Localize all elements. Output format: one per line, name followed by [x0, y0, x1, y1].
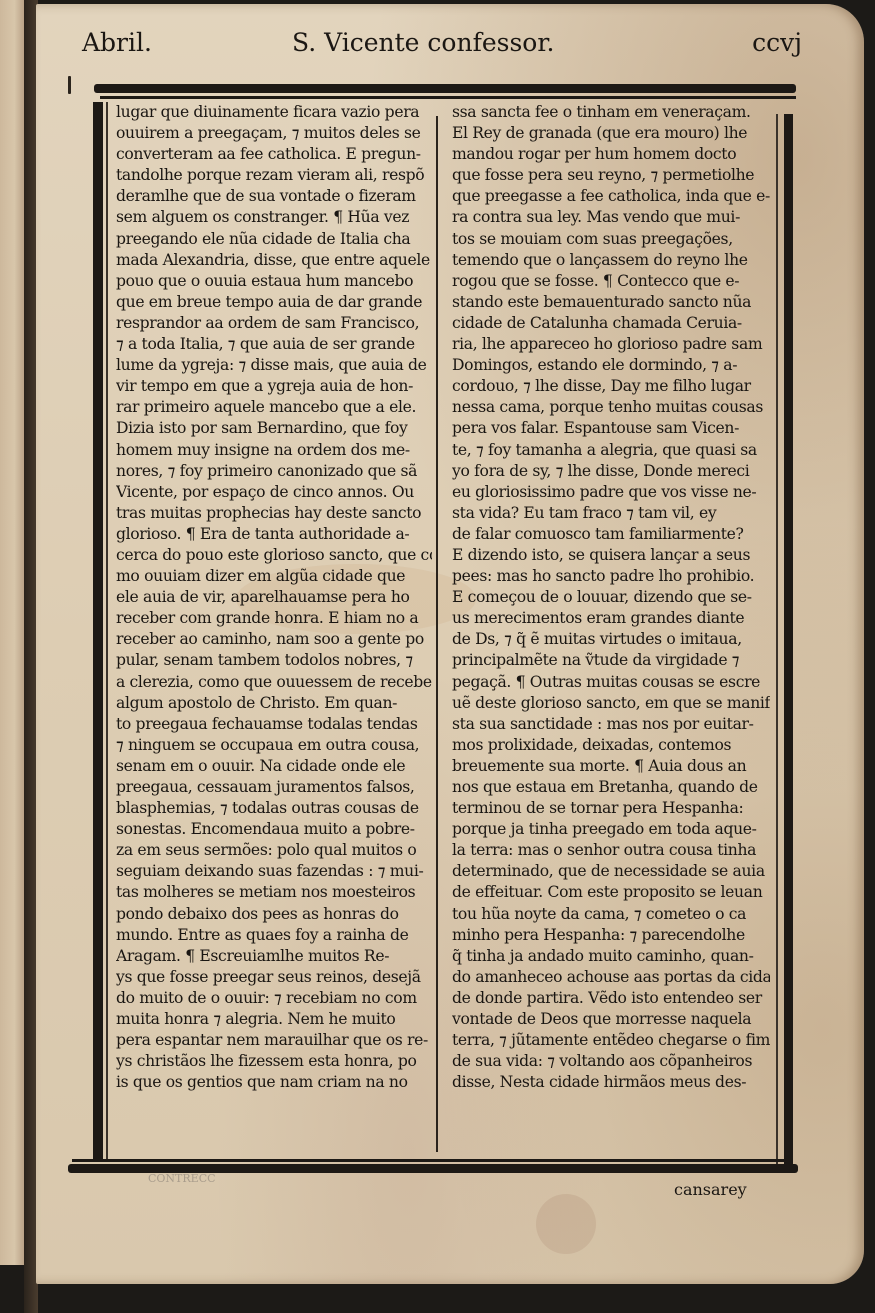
paper-stain: [536, 1194, 596, 1254]
text-line: vir tempo em que a ygreja auia de hon-: [116, 376, 432, 397]
marginal-mark: [68, 76, 71, 94]
text-line: is que os gentios que nam criam na no: [116, 1072, 432, 1093]
text-line: disse, Nesta cidade hirmãos meus des-: [452, 1072, 770, 1093]
left-border-rule: [93, 102, 103, 1160]
text-line: ssa sancta fee o tinham em veneraçam.: [452, 102, 770, 123]
text-line: rogou que se fosse. ¶ Contecco que e-: [452, 271, 770, 292]
text-line: El Rey de granada (que era mouro) lhe: [452, 123, 770, 144]
text-line: q̃ tinha ja andado muito caminho, quan-: [452, 946, 770, 967]
text-line: resprandor aa ordem de sam Francisco,: [116, 313, 432, 334]
text-line: temendo que o lançassem do reyno lhe: [452, 250, 770, 271]
text-line: breuemente sua morte. ¶ Auia dous an: [452, 756, 770, 777]
text-line: eu gloriosissimo padre que vos visse ne-: [452, 482, 770, 503]
text-line: Dizia isto por sam Bernardino, que foy: [116, 418, 432, 439]
text-line: ouuirem a preegaçam, ⁊ muitos deles se: [116, 123, 432, 144]
text-line: ⁊ a toda Italia, ⁊ que auia de ser grand…: [116, 334, 432, 355]
text-line: glorioso. ¶ Era de tanta authoridade a-: [116, 524, 432, 545]
text-line: senam em o ouuir. Na cidade onde ele: [116, 756, 432, 777]
text-line: pouo que o ouuia estaua hum mancebo: [116, 271, 432, 292]
text-line: mada Alexandria, disse, que entre aquele: [116, 250, 432, 271]
text-line: tou hũa noyte da cama, ⁊ cometeo o ca: [452, 904, 770, 925]
text-line: ys que fosse preegar seus reinos, desejã: [116, 967, 432, 988]
text-line: ele auia de vir, aparelhauamse pera ho: [116, 587, 432, 608]
text-line: sta sua sanctidade : mas nos por euitar-: [452, 714, 770, 735]
text-line: que preegasse a fee catholica, inda que …: [452, 186, 770, 207]
text-line: to preegaua fechauamse todalas tendas: [116, 714, 432, 735]
text-line: blasphemias, ⁊ todalas outras cousas de: [116, 798, 432, 819]
text-line: la terra: mas o senhor outra cousa tinha: [452, 840, 770, 861]
previous-page-edge: [0, 0, 26, 1265]
text-line: pera espantar nem marauilhar que os re-: [116, 1030, 432, 1051]
text-line: uẽ deste glorioso sancto, em que se mani…: [452, 693, 770, 714]
text-line: pondo debaixo dos pees as honras do: [116, 904, 432, 925]
text-line: nos que estaua em Bretanha, quando de: [452, 777, 770, 798]
top-rule-thick: [94, 84, 796, 93]
text-line: yo fora de sy, ⁊ lhe disse, Donde mereci: [452, 461, 770, 482]
text-line: tos se mouiam com suas preegações,: [452, 229, 770, 250]
faded-library-stamp: CONTRECC: [148, 1172, 216, 1185]
text-column-right: ssa sancta fee o tinham em veneraçam.El …: [452, 102, 770, 1093]
text-line: preegando ele nũa cidade de Italia cha: [116, 229, 432, 250]
text-line: E começou de o louuar, dizendo que se-: [452, 587, 770, 608]
text-line: tas molheres se metiam nos moesteiros: [116, 882, 432, 903]
text-line: a clerezia, como que ouuessem de receber: [116, 672, 432, 693]
text-line: sonestas. Encomendaua muito a pobre-: [116, 819, 432, 840]
text-line: ⁊ ninguem se occupaua em outra cousa,: [116, 735, 432, 756]
text-line: ria, lhe appareceo ho glorioso padre sam: [452, 334, 770, 355]
text-line: Domingos, estando ele dormindo, ⁊ a-: [452, 355, 770, 376]
book-page: Abril. S. Vicente confessor. ccvj lugar …: [36, 4, 864, 1284]
text-line: vontade de Deos que morresse naquela: [452, 1009, 770, 1030]
text-line: do muito de o ouuir: ⁊ recebiam no com: [116, 988, 432, 1009]
text-line: de falar comuosco tam familiarmente?: [452, 524, 770, 545]
text-line: nessa cama, porque tenho muitas cousas: [452, 397, 770, 418]
right-border-rule: [784, 114, 793, 1169]
catchword: cansarey: [674, 1180, 747, 1199]
text-line: lugar que diuinamente ficara vazio pera: [116, 102, 432, 123]
text-line: za em seus sermões: polo qual muitos o: [116, 840, 432, 861]
text-line: te, ⁊ foy tamanha a alegria, que quasi s…: [452, 440, 770, 461]
text-line: porque ja tinha preegado em toda aque-: [452, 819, 770, 840]
text-line: de donde partira. Vẽdo isto entendeo ser: [452, 988, 770, 1009]
text-line: sem alguem os constranger. ¶ Hũa vez: [116, 207, 432, 228]
column-divider: [436, 116, 438, 1152]
text-line: mundo. Entre as quaes foy a rainha de: [116, 925, 432, 946]
text-line: sta vida? Eu tam fraco ⁊ tam vil, ey: [452, 503, 770, 524]
text-line: cidade de Catalunha chamada Ceruia-: [452, 313, 770, 334]
text-line: rar primeiro aquele mancebo que a ele.: [116, 397, 432, 418]
text-line: cordouo, ⁊ lhe disse, Day me filho lugar: [452, 376, 770, 397]
text-line: algum apostolo de Christo. Em quan-: [116, 693, 432, 714]
text-line: de Ds, ⁊ q̃ ẽ muitas virtudes o imitaua,: [452, 629, 770, 650]
text-line: muita honra ⁊ alegria. Nem he muito: [116, 1009, 432, 1030]
text-line: cerca do pouo este glorioso sancto, que …: [116, 545, 432, 566]
right-border-thin-rule: [776, 114, 778, 1164]
text-line: receber com grande honra. E hiam no a: [116, 608, 432, 629]
text-line: tandolhe porque rezam vieram ali, respõ: [116, 165, 432, 186]
text-line: nores, ⁊ foy primeiro canonizado que sã: [116, 461, 432, 482]
text-line: mos prolixidade, deixadas, contemos: [452, 735, 770, 756]
text-line: pees: mas ho sancto padre lho prohibio.: [452, 566, 770, 587]
text-line: de sua vida: ⁊ voltando aos cõpanheiros: [452, 1051, 770, 1072]
text-line: seguiam deixando suas fazendas : ⁊ mui-: [116, 861, 432, 882]
text-column-left: lugar que diuinamente ficara vazio perao…: [116, 102, 432, 1093]
left-border-thin-rule: [106, 102, 108, 1160]
text-line: E dizendo isto, se quisera lançar a seus: [452, 545, 770, 566]
text-line: que fosse pera seu reyno, ⁊ permetiolhe: [452, 165, 770, 186]
text-line: principalmẽte na ṽtude da virgidade ⁊: [452, 650, 770, 671]
text-line: preegaua, cessauam juramentos falsos,: [116, 777, 432, 798]
text-line: stando este bemauenturado sancto nũa: [452, 292, 770, 313]
text-line: ys christãos lhe fizessem esta honra, po: [116, 1051, 432, 1072]
text-line: minho pera Hespanha: ⁊ parecendolhe: [452, 925, 770, 946]
text-line: do amanheceo achouse aas portas da cida: [452, 967, 770, 988]
text-line: pera vos falar. Espantouse sam Vicen-: [452, 418, 770, 439]
folio-number: ccvj: [752, 28, 802, 57]
running-head-month: Abril.: [82, 28, 152, 57]
text-line: tras muitas prophecias hay deste sancto: [116, 503, 432, 524]
text-line: us merecimentos eram grandes diante: [452, 608, 770, 629]
text-line: mandou rogar per hum homem docto: [452, 144, 770, 165]
running-head-title: S. Vicente confessor.: [292, 28, 555, 57]
text-line: homem muy insigne na ordem dos me-: [116, 440, 432, 461]
text-line: determinado, que de necessidade se auia: [452, 861, 770, 882]
text-line: mo ouuiam dizer em algũa cidade que: [116, 566, 432, 587]
text-line: receber ao caminho, nam soo a gente po: [116, 629, 432, 650]
text-line: Aragam. ¶ Escreuiamlhe muitos Re-: [116, 946, 432, 967]
text-line: pegaçã. ¶ Outras muitas cousas se escre: [452, 672, 770, 693]
text-line: ra contra sua ley. Mas vendo que mui-: [452, 207, 770, 228]
text-line: terra, ⁊ jũtamente entẽdeo chegarse o fi…: [452, 1030, 770, 1051]
text-line: Vicente, por espaço de cinco annos. Ou: [116, 482, 432, 503]
text-line: converteram aa fee catholica. E pregun-: [116, 144, 432, 165]
text-line: terminou de se tornar pera Hespanha:: [452, 798, 770, 819]
text-line: que em breue tempo auia de dar grande: [116, 292, 432, 313]
text-line: pular, senam tambem todolos nobres, ⁊: [116, 650, 432, 671]
text-line: de effeituar. Com este proposito se leua…: [452, 882, 770, 903]
running-head: Abril. S. Vicente confessor. ccvj: [82, 28, 802, 72]
top-rule-thin: [100, 96, 796, 99]
text-line: lume da ygreja: ⁊ disse mais, que auia d…: [116, 355, 432, 376]
text-line: deramlhe que de sua vontade o fizeram: [116, 186, 432, 207]
bottom-rule-thin: [72, 1159, 788, 1162]
